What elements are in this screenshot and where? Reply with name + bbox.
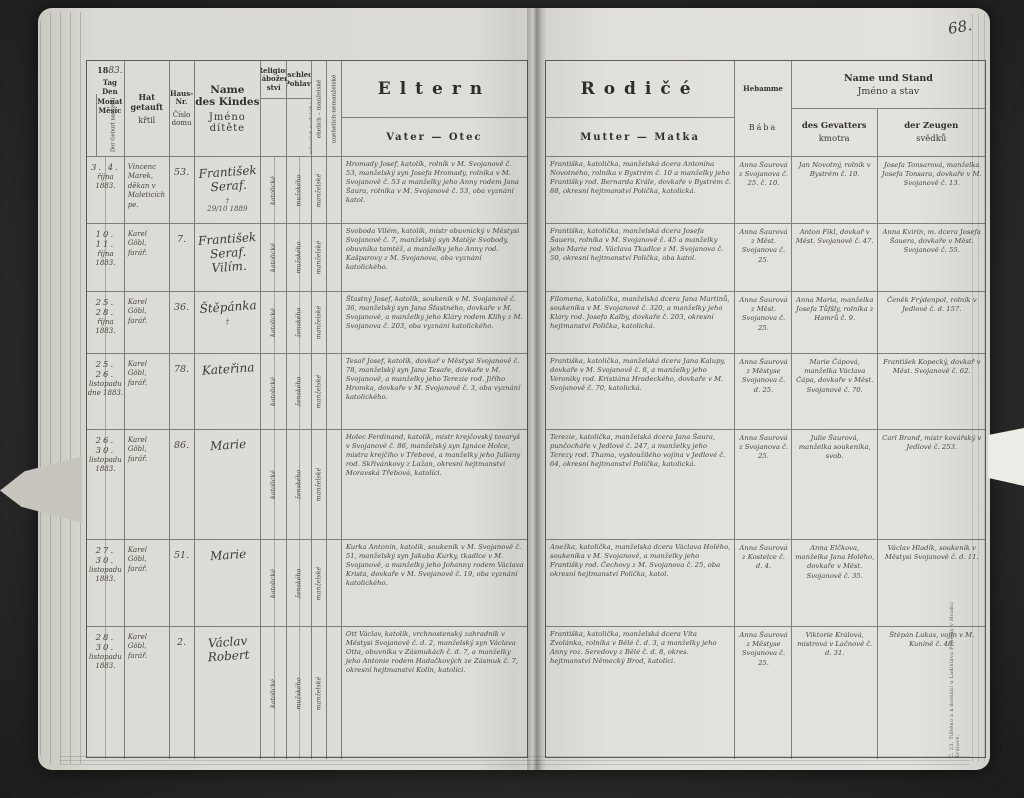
illegitimate-cell bbox=[327, 157, 342, 223]
table-row: 10. 11.října 1883. Karel Göbl, farář. 7.… bbox=[87, 224, 527, 292]
col-header-baptizer: Hat getauft křtil bbox=[125, 61, 170, 156]
religion-cell: katolické bbox=[261, 430, 287, 539]
year-handwritten: 83. bbox=[108, 66, 122, 76]
house-number-cell: 78. bbox=[170, 354, 195, 429]
birth-baptism-date-cell: 25. 26.listopadu dne 1883. bbox=[87, 354, 125, 429]
table-row: 25. 28.října 1883. Karel Göbl, farář. 36… bbox=[87, 292, 527, 354]
witnesses-label-de: der Zeugen bbox=[904, 121, 958, 131]
baptizer-cell: Karel Göbl, farář. bbox=[125, 540, 170, 626]
house-number-cell: 86. bbox=[170, 430, 195, 539]
witness-cell: Carl Brand, mistr kovářský v Jedlové č. … bbox=[878, 430, 986, 539]
house-no-label-de: Haus- Nr. bbox=[170, 90, 193, 106]
col-header-child-name: Name des Kindes Jméno dítěte bbox=[195, 61, 262, 156]
table-row: Františka, katolička, manželská dcera An… bbox=[546, 157, 985, 224]
father-cell: Svoboda Vilém, katolík, mistr obuvnický … bbox=[342, 224, 527, 291]
sex-cell: ženského bbox=[287, 430, 312, 539]
parents-label-de: Eltern bbox=[342, 61, 527, 117]
year-printed: 18 bbox=[97, 65, 108, 75]
child-name-cell: Štěpánka† bbox=[195, 292, 262, 353]
death-note: † 29/10 1889 bbox=[195, 197, 261, 213]
col-header-sex: Geschlecht Pohlaví männlich mužského wei… bbox=[287, 61, 312, 156]
col-header-date: Der Geburt narozeni der Taufe křtu 1883.… bbox=[87, 61, 125, 156]
child-name-cell: Marie bbox=[195, 540, 262, 626]
sex-cell: ženského bbox=[287, 354, 312, 429]
illegitimate-cell bbox=[327, 224, 342, 291]
child-name-label-cz: Jméno dítěte bbox=[209, 112, 246, 134]
midwife-label-de: Hebamme bbox=[743, 85, 783, 93]
table-row: 28. 30.listopadu 1883. Karel Göbl, farář… bbox=[87, 627, 527, 759]
midwife-cell: Anna Šaurová z Svojanova č. 25. č. 10. bbox=[735, 157, 792, 223]
table-row: Filomena, katolička, manželská dcera Jan… bbox=[546, 292, 985, 354]
father-cell: Tesař Josef, katolík, dovkař v Městysi S… bbox=[342, 354, 527, 429]
col-header-religion: Religion Nábožen- ství katholisch katoli… bbox=[261, 61, 287, 156]
col-header-witnesses: der Zeugen svědků bbox=[878, 109, 986, 156]
sex-cell: ženského bbox=[287, 292, 312, 353]
baptizer-cell: Karel Göbl, farář. bbox=[125, 224, 170, 291]
father-cell: Ott Václav, katolík, vrchnostenský zahra… bbox=[342, 627, 527, 759]
witness-cell: Čeněk Frýdenpol, rolník v Jedlové č. d. … bbox=[878, 292, 986, 353]
religion-label: Religion Nábožen- ství bbox=[261, 67, 287, 91]
baptizer-cell: Karel Göbl, farář. bbox=[125, 354, 170, 429]
legitimate-cell: manželské bbox=[312, 627, 327, 759]
witnesses-label-cz: svědků bbox=[916, 134, 946, 144]
sex-cell: mužského bbox=[287, 627, 312, 759]
midwife-cell: Anna Šaurová z Měst. Svojanova č. 25. bbox=[735, 224, 792, 291]
child-name-cell: Václav Robert bbox=[195, 627, 262, 759]
witness-cell: Štěpán Lukas, vojín v M. Kuníně č. 48. bbox=[878, 627, 986, 759]
religion-cell: katolické bbox=[261, 292, 287, 353]
illegitimate-cell bbox=[327, 430, 342, 539]
baptizer-cell: Vincenc Marek, děkan v Maleticích pe. bbox=[125, 157, 170, 223]
illegitimate-label: unehelich-nemanželské bbox=[331, 74, 337, 143]
father-cell: Holec Ferdinand, katolík, mistr krejčovs… bbox=[342, 430, 527, 539]
illegitimate-cell bbox=[327, 292, 342, 353]
religion-cell: katolické bbox=[261, 540, 287, 626]
table-row: Terezie, katolička, manželská dcera Jana… bbox=[546, 430, 985, 540]
mother-cell: Františka, katolička, manželská dcera Jo… bbox=[546, 224, 735, 291]
baptizer-cell: Karel Göbl, farář. bbox=[125, 627, 170, 759]
father-label: Vater — Otec bbox=[342, 117, 527, 156]
birth-date-label: Der Geburt narozeni bbox=[111, 98, 117, 152]
mother-cell: Františka, katolička, manželská dcera An… bbox=[546, 157, 735, 223]
legitimate-cell: manželské bbox=[312, 430, 327, 539]
right-page-table: Rodičé Mutter — Matka Hebamme Bába Name … bbox=[545, 60, 986, 758]
table-row: 25. 26.listopadu dne 1883. Karel Göbl, f… bbox=[87, 354, 527, 430]
child-name-label-de: Name des Kindes bbox=[195, 84, 259, 108]
midwife-cell: Anna Šaurová z Městyse Svojanova č. d. 2… bbox=[735, 354, 792, 429]
godparent-cell: Marie Čápová, manželka Václava Čápa, dov… bbox=[792, 354, 878, 429]
table-row: 3. 4.října 1883. Vincenc Marek, děkan v … bbox=[87, 157, 527, 224]
house-no-label-cz: Číslo domu bbox=[172, 111, 192, 127]
death-note: † bbox=[195, 318, 261, 326]
legitimate-cell: manželské bbox=[312, 157, 327, 223]
mother-cell: Filomena, katolička, manželská dcera Jan… bbox=[546, 292, 735, 353]
witness-cell: Josefa Tonsarová, manželka Josefa Tonsar… bbox=[878, 157, 986, 223]
house-number-cell: 53. bbox=[170, 157, 195, 223]
house-number-cell: 7. bbox=[170, 224, 195, 291]
table-row: Anežka, katolička, manželská dcera Václa… bbox=[546, 540, 985, 627]
godparent-cell: Anna Maria, manželka Josefa Tůfšly, roln… bbox=[792, 292, 878, 353]
mother-cell: Františka, katolička, manželská dcera Ví… bbox=[546, 627, 735, 759]
printer-plate-note: Č. 23. Tištěno a k dostání u Ladislava P… bbox=[949, 588, 961, 758]
col-header-illegitimate: unehelich-nemanželské bbox=[327, 61, 342, 156]
table-row: Františka, katolička, manželská dcera Ja… bbox=[546, 354, 985, 430]
table-row: 27. 30.listopadu 1883. Karel Göbl, farář… bbox=[87, 540, 527, 627]
father-cell: Hromady Josef, katolík, rolník v M. Svoj… bbox=[342, 157, 527, 223]
witness-cell: František Kopecký, dovkař v Měst. Svojan… bbox=[878, 354, 986, 429]
sex-cell: mužského bbox=[287, 224, 312, 291]
right-header-row: Rodičé Mutter — Matka Hebamme Bába Name … bbox=[546, 61, 985, 157]
mother-label: Mutter — Matka bbox=[546, 117, 734, 156]
book-gutter bbox=[527, 8, 546, 770]
parents-label-cz: Rodičé bbox=[546, 61, 734, 117]
table-row: Františka, katolička, manželská dcera Jo… bbox=[546, 224, 985, 292]
godparent-cell: Anton Fikl, dovkař v Měst. Svojanově č. … bbox=[792, 224, 878, 291]
baptizer-cell: Karel Göbl, farář. bbox=[125, 430, 170, 539]
illegitimate-cell bbox=[327, 354, 342, 429]
table-row: 26. 30.listopadu 1883. Karel Göbl, farář… bbox=[87, 430, 527, 540]
religion-cell: katolické bbox=[261, 354, 287, 429]
col-header-godparent: des Gevatters kmotra bbox=[792, 109, 878, 156]
father-cell: Kurka Antonín, katolík, soukeník v M. Sv… bbox=[342, 540, 527, 626]
baptizer-label-de: Hat getauft bbox=[125, 92, 169, 112]
name-stand-label-de: Name und Stand bbox=[844, 73, 933, 84]
godparent-label-de: des Gevatters bbox=[802, 121, 867, 131]
birth-baptism-date-cell: 10. 11.října 1883. bbox=[87, 224, 125, 291]
name-stand-label-cz: Jméno a stav bbox=[858, 86, 920, 97]
photo-of-register: 68. Der Geburt narozeni der Taufe křtu 1… bbox=[0, 0, 1024, 798]
house-number-cell: 36. bbox=[170, 292, 195, 353]
witness-cell: Anna Kvirin, m. dcera Josefa Šauera, dov… bbox=[878, 224, 986, 291]
house-number-cell: 2. bbox=[170, 627, 195, 759]
bookmark-tab-right bbox=[988, 428, 1024, 486]
sex-cell: ženského bbox=[287, 540, 312, 626]
midwife-cell: Anna Šaurová z Kostelce č. d. 4. bbox=[735, 540, 792, 626]
left-page-table: Der Geburt narozeni der Taufe křtu 1883.… bbox=[86, 60, 528, 758]
left-header-row: Der Geburt narozeni der Taufe křtu 1883.… bbox=[87, 61, 527, 157]
mother-cell: Anežka, katolička, manželská dcera Václa… bbox=[546, 540, 735, 626]
midwife-cell: Anna Šaurová z Svojanova č. 25. bbox=[735, 430, 792, 539]
sex-cell: mužského bbox=[287, 157, 312, 223]
godparent-label-cz: kmotra bbox=[819, 134, 850, 144]
child-name-cell: Marie bbox=[195, 430, 262, 539]
religion-cell: katolické bbox=[261, 627, 287, 759]
godparent-cell: Anna Elčkova, manželka Jana Holého, dovk… bbox=[792, 540, 878, 626]
col-header-legitimate: ehelich – manželské bbox=[312, 61, 327, 156]
godparent-cell: Julie Šaurová, manželka soukeníka, svob. bbox=[792, 430, 878, 539]
sex-label: Geschlecht Pohlaví bbox=[287, 71, 312, 87]
birth-baptism-date-cell: 27. 30.listopadu 1883. bbox=[87, 540, 125, 626]
religion-cell: katolické bbox=[261, 157, 287, 223]
child-name-cell: Kateřina bbox=[195, 354, 262, 429]
legitimate-cell: manželské bbox=[312, 354, 327, 429]
house-number-cell: 51. bbox=[170, 540, 195, 626]
col-header-father: Eltern Vater — Otec bbox=[342, 61, 527, 156]
mother-cell: Terezie, katolička, manželská dcera Jana… bbox=[546, 430, 735, 539]
birth-baptism-date-cell: 28. 30.listopadu 1883. bbox=[87, 627, 125, 759]
midwife-cell: Anna Šaurová z Měst. Svojanova č. 25. bbox=[735, 292, 792, 353]
legitimate-cell: manželské bbox=[312, 292, 327, 353]
godparent-cell: Viktorie Králová, mistrová v Lačnově č. … bbox=[792, 627, 878, 759]
child-name-cell: František Seraf. Vilím. bbox=[195, 224, 262, 291]
col-header-house-no: Haus- Nr. Číslo domu bbox=[170, 61, 195, 156]
col-header-mother: Rodičé Mutter — Matka bbox=[546, 61, 735, 156]
witness-cell: Václav Hladík, soukeník v Městysi Svojan… bbox=[878, 540, 986, 626]
religion-cell: katolické bbox=[261, 224, 287, 291]
legitimate-label: ehelich – manželské bbox=[316, 79, 322, 138]
table-row: Františka, katolička, manželská dcera Ví… bbox=[546, 627, 985, 759]
godparent-cell: Jan Novotný, rolník v Bystrém č. 10. bbox=[792, 157, 878, 223]
baptizer-cell: Karel Göbl, farář. bbox=[125, 292, 170, 353]
birth-baptism-date-cell: 3. 4.října 1883. bbox=[87, 157, 125, 223]
child-name-cell: František Seraf.† 29/10 1889 bbox=[195, 157, 262, 223]
birth-baptism-date-cell: 26. 30.listopadu 1883. bbox=[87, 430, 125, 539]
midwife-cell: Anna Šaurová z Městyse Svojanova č. 25. bbox=[735, 627, 792, 759]
col-header-name-and-stand: Name und Stand Jméno a stav des Gevatter… bbox=[792, 61, 985, 156]
legitimate-cell: manželské bbox=[312, 224, 327, 291]
midwife-label-cz: Bába bbox=[749, 123, 778, 132]
date-subcolumn-labels: Der Geburt narozeni der Taufe křtu bbox=[87, 94, 97, 156]
father-cell: Šťastný Josef, katolík, soukeník v M. Sv… bbox=[342, 292, 527, 353]
illegitimate-cell bbox=[327, 540, 342, 626]
birth-baptism-date-cell: 25. 28.října 1883. bbox=[87, 292, 125, 353]
illegitimate-cell bbox=[327, 627, 342, 759]
page-edges-left bbox=[40, 12, 86, 764]
baptizer-label-cz: křtil bbox=[138, 116, 155, 125]
col-header-midwife: Hebamme Bába bbox=[735, 61, 792, 156]
mother-cell: Františka, katolička, manželská dcera Ja… bbox=[546, 354, 735, 429]
legitimate-cell: manželské bbox=[312, 540, 327, 626]
